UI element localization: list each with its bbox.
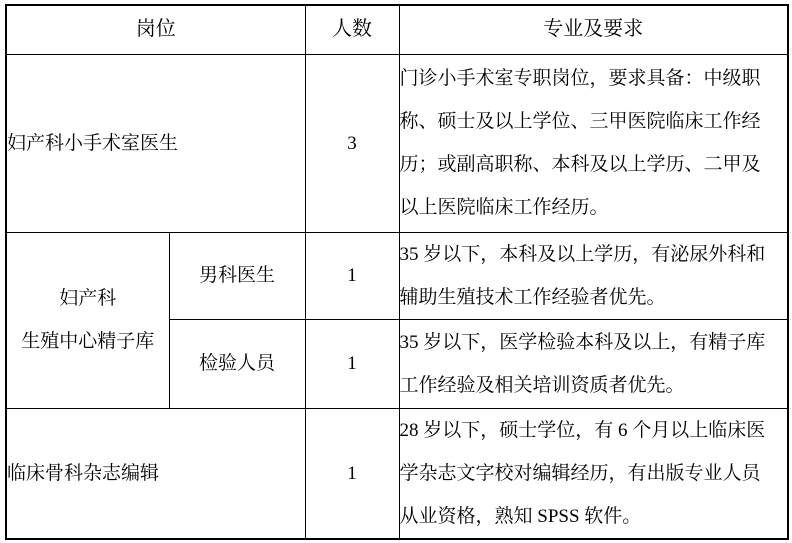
cell-requirements-lab-technician: 35 岁以下，医学检验本科及以上，有精子库 工作经验及相关培训资质者优先。 <box>399 319 788 408</box>
table-row-journal-editor: 临床骨科杂志编辑 1 28 岁以下，硕士学位，有 6 个月以上临床医 学杂志文字… <box>6 408 788 539</box>
cell-group-sperm-bank: 妇产科 生殖中心精子库 <box>6 232 169 408</box>
cell-count-andrologist: 1 <box>305 232 399 319</box>
table-row-obstetrics-surgeon: 妇产科小手术室医生 3 门诊小手术室专职岗位，要求具备：中级职 称、硕士及以上学… <box>6 54 788 232</box>
header-count: 人数 <box>305 5 399 54</box>
recruitment-table: 岗位 人数 专业及要求 妇产科小手术室医生 3 门诊小手术室专职岗位，要求具备：… <box>5 4 789 540</box>
cell-count-journal-editor: 1 <box>305 408 399 539</box>
cell-position-andrologist: 男科医生 <box>169 232 305 319</box>
cell-requirements-journal-editor: 28 岁以下，硕士学位，有 6 个月以上临床医 学杂志文字校对编辑经历，有出版专… <box>399 408 788 539</box>
cell-requirements-andrologist: 35 岁以下，本科及以上学历，有泌尿外科和 辅助生殖技术工作经验者优先。 <box>399 232 788 319</box>
cell-position-journal-editor: 临床骨科杂志编辑 <box>6 408 305 539</box>
table-row-andrologist: 妇产科 生殖中心精子库 男科医生 1 35 岁以下，本科及以上学历，有泌尿外科和… <box>6 232 788 319</box>
header-requirements: 专业及要求 <box>399 5 788 54</box>
recruitment-notice-page: 岗位 人数 专业及要求 妇产科小手术室医生 3 门诊小手术室专职岗位，要求具备：… <box>0 0 792 543</box>
cell-count-lab-technician: 1 <box>305 319 399 408</box>
cell-requirements-obstetrics-surgeon: 门诊小手术室专职岗位，要求具备：中级职 称、硕士及以上学位、三甲医院临床工作经 … <box>399 54 788 232</box>
header-position: 岗位 <box>6 5 305 54</box>
cell-count-obstetrics-surgeon: 3 <box>305 54 399 232</box>
cell-position-lab-technician: 检验人员 <box>169 319 305 408</box>
cell-position-obstetrics-surgeon: 妇产科小手术室医生 <box>6 54 305 232</box>
table-header-row: 岗位 人数 专业及要求 <box>6 5 788 54</box>
